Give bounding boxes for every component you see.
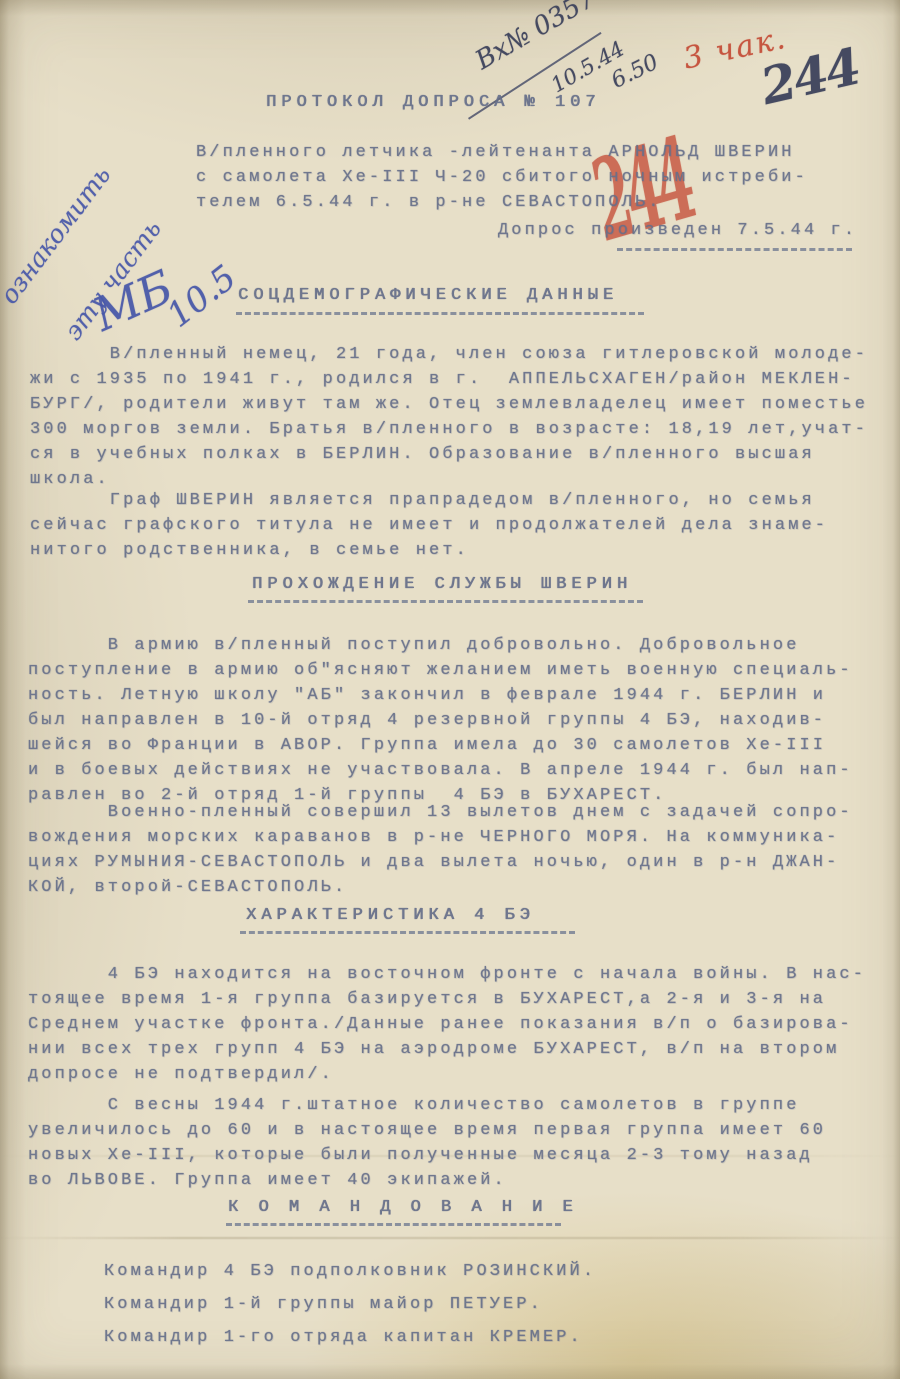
section3-paragraph1: 4 БЭ находится на восточном фронте с нач… <box>28 962 866 1087</box>
underline-dashes <box>617 248 852 251</box>
section3-paragraph2: С весны 1944 г.штатное количество самоле… <box>28 1093 826 1193</box>
section1-paragraph1: В/пленный немец, 21 года, член союза гит… <box>30 342 868 492</box>
section2-paragraph1: В армию в/пленный поступил добровольно. … <box>28 633 853 808</box>
underline-dashes <box>248 600 643 603</box>
section-heading-service-record: ПРОХОЖДЕНИЕ СЛУЖБЫ ШВЕРИН <box>252 572 632 597</box>
paper-crease <box>0 1237 900 1239</box>
document-page: Вх№ 0357 10.5.44 6.50 3 чак. 244 244 озн… <box>0 0 900 1379</box>
section2-paragraph2: Военно-пленный совершил 13 вылетов днем … <box>28 800 853 900</box>
margin-initials-date: 10.5 <box>160 258 244 336</box>
interrogation-date-line: Допрос произведен 7.5.44 г. <box>498 218 857 243</box>
underline-dashes <box>226 1223 561 1226</box>
underline-dashes <box>236 312 644 315</box>
section-heading-socdemographic: СОЦДЕМОГРАФИЧЕСКИЕ ДАННЫЕ <box>238 283 618 308</box>
section-heading-command: К О М А Н Д О В А Н И Е <box>228 1195 578 1220</box>
section1-paragraph2: Граф ШВЕРИН является прапрадедом в/пленн… <box>30 488 828 563</box>
section-heading-characteristics: ХАРАКТЕРИСТИКА 4 БЭ <box>246 903 535 928</box>
document-title: ПРОТОКОЛ ДОПРОСА № 107 <box>266 90 600 115</box>
commanders-list: Командир 4 БЭ подполковник РОЗИНСКИЙ. Ко… <box>104 1255 596 1354</box>
document-subtitle: В/пленного летчика -лейтенанта АРНОЛЬД Ш… <box>196 140 808 215</box>
underline-dashes <box>240 931 575 934</box>
